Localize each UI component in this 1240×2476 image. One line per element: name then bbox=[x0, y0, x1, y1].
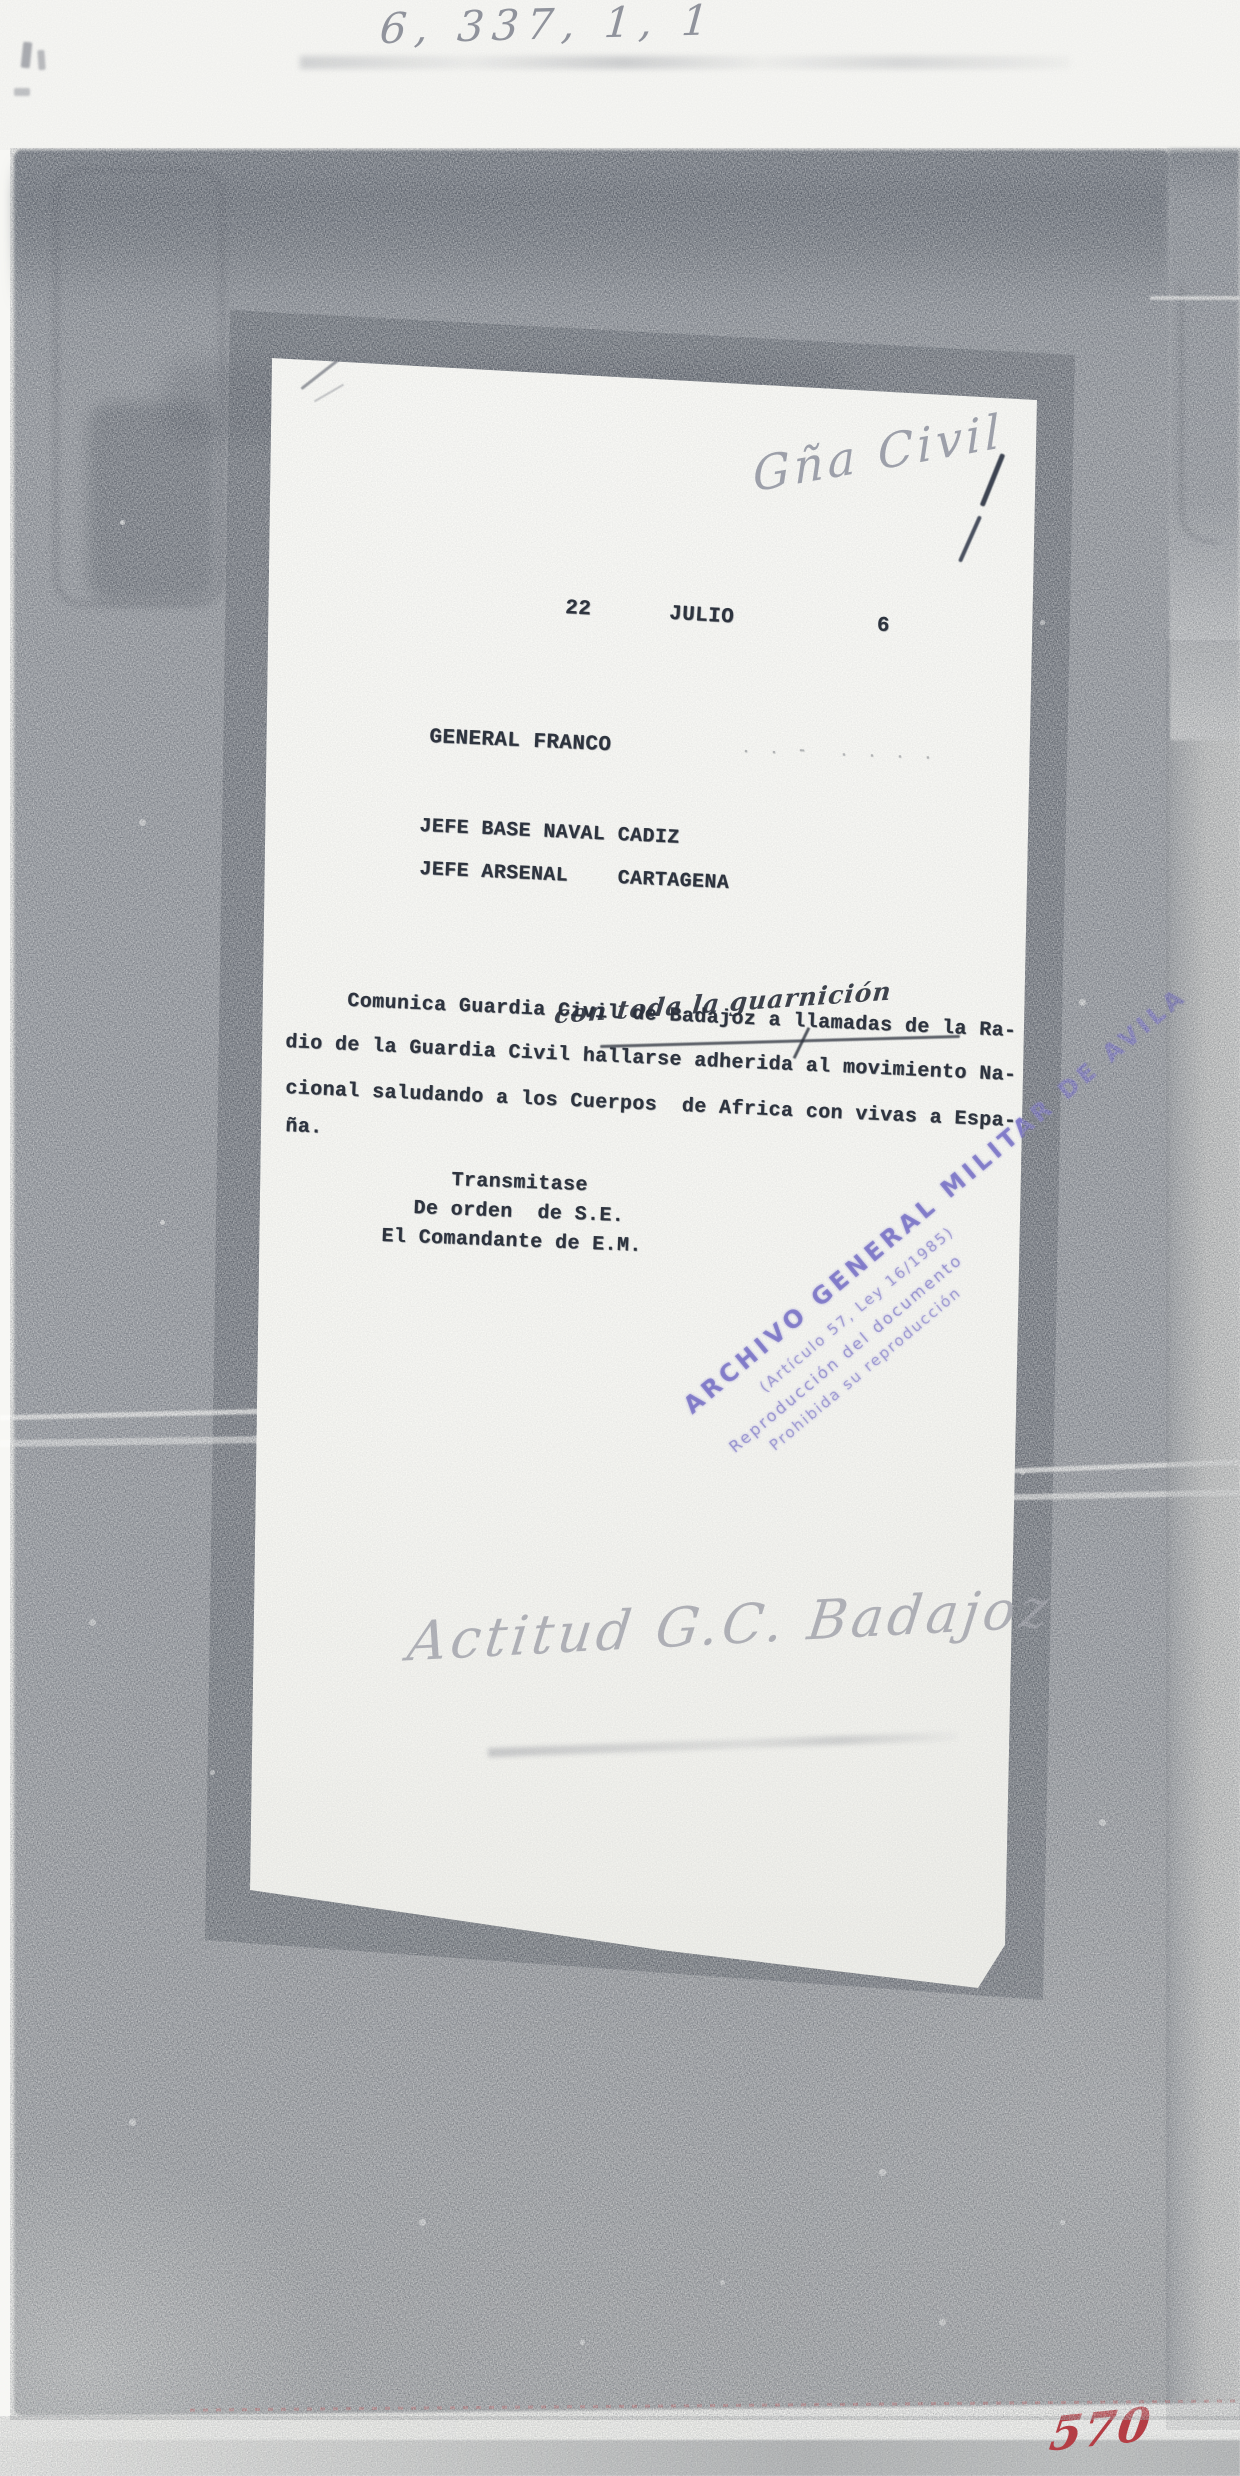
scan-artifact-mark bbox=[21, 42, 33, 69]
scanned-document-page: 22 JULIO 6 GENERAL FRANCO . . - . . . . … bbox=[0, 0, 1240, 2476]
scan-artifact-mark bbox=[37, 50, 45, 70]
dust-specks bbox=[120, 520, 125, 525]
body-line-4: ña. bbox=[285, 1114, 323, 1142]
pencil-smudge bbox=[300, 56, 1070, 69]
copier-frame-artifact-right bbox=[1180, 285, 1219, 543]
red-handwritten-number: 570 bbox=[1046, 2396, 1155, 2462]
scan-artifact-mark bbox=[14, 88, 30, 96]
handwritten-reference-number: 6, 337, 1, 1 bbox=[378, 0, 718, 53]
film-scratch bbox=[1150, 296, 1240, 300]
closing-line-1: Transmitase bbox=[451, 1168, 588, 1199]
